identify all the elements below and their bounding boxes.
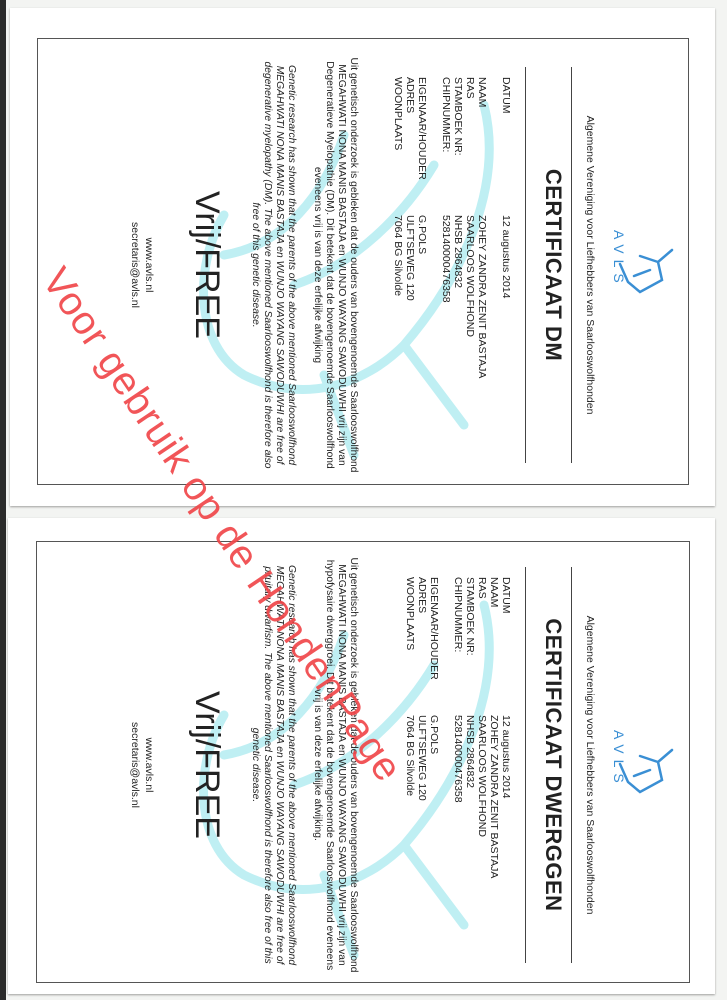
svg-text:AVLS: AVLS [611, 730, 627, 789]
divider [525, 67, 526, 463]
certificate-fields: DATUM12 augustus 2014 NAAMZOHEY ZANDRA Z… [392, 77, 512, 477]
field-label: NAAM [476, 77, 488, 215]
field-label: WOONPLAATS [404, 577, 416, 715]
website-link[interactable]: www.avls.nl [142, 545, 156, 985]
statement-english: Genetic research has shown that the pare… [249, 55, 297, 475]
field-value: ZOHEY ZANDRA ZENIT BASTAJA [476, 215, 488, 378]
field-value: 7064 BG Silvolde [392, 215, 404, 296]
field-row-stamboek: STAMBOEK NR:NHSB 2864832 [452, 77, 464, 477]
avls-logo: AVLS [610, 45, 680, 485]
svg-text:AVLS: AVLS [611, 230, 627, 289]
divider [525, 567, 526, 963]
field-value: ZOHEY ZANDRA ZENIT BASTAJA [488, 715, 500, 878]
field-value: NHSB 2864832 [464, 715, 476, 788]
field-label: STAMBOEK NR: [452, 77, 464, 215]
contact-info: www.avls.nl secretaris@avls.nl [128, 545, 156, 985]
field-value: 528140000476358 [440, 215, 452, 303]
field-row-eigenaar: EIGENAAR/HOUDERG.POLS [428, 577, 440, 977]
field-row-woonplaats: WOONPLAATS7064 BG Silvolde [392, 77, 404, 477]
field-value: SAARLOOS WOLFHOND [464, 215, 476, 337]
field-value: 528140000476358 [452, 715, 464, 803]
field-label: CHIPNUMMER: [452, 577, 464, 715]
association-name: Algemene Vereniging voor Liefhebbers van… [584, 45, 596, 485]
wolf-head-icon: AVLS [610, 720, 680, 810]
field-value: ULFTSEWEG 120 [404, 215, 416, 301]
field-label: ADRES [404, 77, 416, 215]
field-row-datum: DATUM12 augustus 2014 [500, 77, 512, 477]
field-label: WOONPLAATS [392, 77, 404, 215]
field-label: STAMBOEK NR: [464, 577, 476, 715]
certificate-title: CERTIFICAAT DWERGGEN [540, 545, 566, 985]
field-row-eigenaar: EIGENAAR/HOUDERG.POLS [416, 77, 428, 477]
result-free: Vrij/FREE [187, 45, 226, 485]
field-label: NAAM [488, 577, 500, 715]
field-value: SAARLOOS WOLFHOND [476, 715, 488, 837]
field-label: CHIPNUMMER: [440, 77, 452, 215]
field-row-chipnummer: CHIPNUMMER:528140000476358 [440, 77, 452, 477]
divider [571, 67, 572, 463]
field-label: DATUM [500, 577, 512, 715]
field-row-naam: NAAMZOHEY ZANDRA ZENIT BASTAJA [476, 77, 488, 477]
field-value: 12 augustus 2014 [500, 715, 512, 799]
result-free: Vrij/FREE [187, 545, 226, 985]
field-label: RAS [464, 77, 476, 215]
association-name: Algemene Vereniging voor Liefhebbers van… [584, 545, 596, 985]
statement-dutch: Uit genetisch onderzoek is gebleken dat … [311, 555, 359, 975]
avls-logo: AVLS [610, 545, 680, 985]
field-label: RAS [476, 577, 488, 715]
field-label: ADRES [416, 577, 428, 715]
field-label: EIGENAAR/HOUDER [428, 577, 440, 715]
email-link[interactable]: secretaris@avls.nl [128, 545, 142, 985]
statement-dutch: Uit genetisch onderzoek is gebleken dat … [311, 55, 359, 475]
divider [571, 567, 572, 963]
wolf-head-icon: AVLS [610, 220, 680, 310]
field-row-ras: RASSAARLOOS WOLFHOND [464, 77, 476, 477]
certificate-title: CERTIFICAAT DM [540, 45, 566, 485]
field-value: NHSB 2864832 [452, 215, 464, 288]
field-value: G.POLS [416, 215, 428, 254]
field-row-adres: ADRESULFTSEWEG 120 [404, 77, 416, 477]
field-value: G.POLS [428, 715, 440, 754]
field-value: 12 augustus 2014 [500, 215, 512, 299]
field-label: EIGENAAR/HOUDER [416, 77, 428, 215]
field-label: DATUM [500, 77, 512, 215]
